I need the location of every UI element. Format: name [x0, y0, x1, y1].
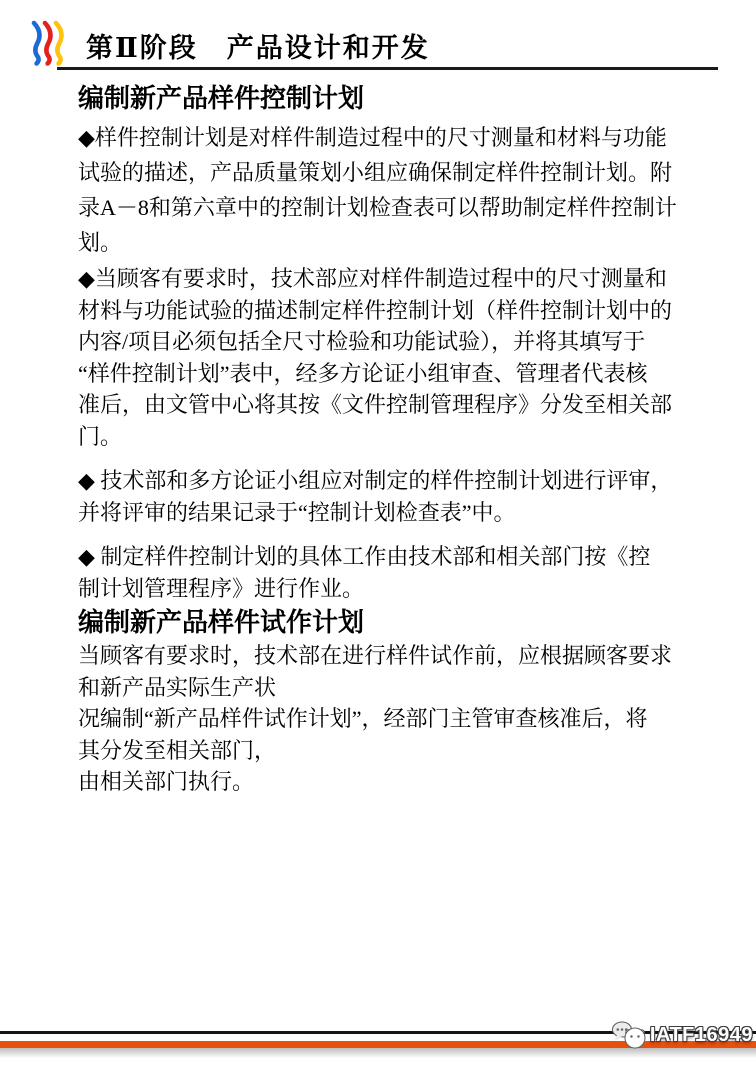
watermark-text: IATF16949 — [650, 1024, 753, 1047]
watermark: IATF16949 — [611, 1020, 753, 1050]
section1-paragraph-1: ◆样件控制计划是对样件制造过程中的尺寸测量和材料与功能 试验的描述，产品质量策划… — [78, 120, 708, 260]
section2-paragraph-1: 当顾客有要求时，技术部在进行样件试作前，应根据顾客要求 和新产品实际生产状 况编… — [78, 640, 708, 798]
triple-chevron-logo-icon — [30, 20, 72, 66]
chevron-red — [45, 23, 50, 64]
chevron-yellow — [56, 23, 61, 64]
speech-bubbles-icon — [611, 1020, 647, 1050]
section1-paragraph-3: ◆ 技术部和多方论证小组应对制定的样件控制计划进行评审， 并将评审的结果记录于“… — [78, 465, 708, 528]
slide-page: 第Ⅱ阶段 产品设计和开发 编制新产品样件控制计划 ◆样件控制计划是对样件制造过程… — [0, 0, 756, 1070]
page-title: 第Ⅱ阶段 产品设计和开发 — [86, 26, 430, 65]
section1-paragraph-4: ◆ 制定样件控制计划的具体工作由技术部和相关部门按《控 制计划管理程序》进行作业… — [78, 541, 708, 604]
section1-paragraph-2: ◆当顾客有要求时，技术部应对样件制造过程中的尺寸测量和 材料与功能试验的描述制定… — [78, 263, 708, 452]
section1-heading: 编制新产品样件控制计划 — [78, 84, 708, 114]
chevron-blue — [34, 23, 39, 64]
section2-heading: 编制新产品样件试作计划 — [78, 608, 708, 638]
slide-content: 编制新产品样件控制计划 ◆样件控制计划是对样件制造过程中的尺寸测量和材料与功能 … — [78, 84, 708, 798]
header-divider — [57, 67, 718, 70]
